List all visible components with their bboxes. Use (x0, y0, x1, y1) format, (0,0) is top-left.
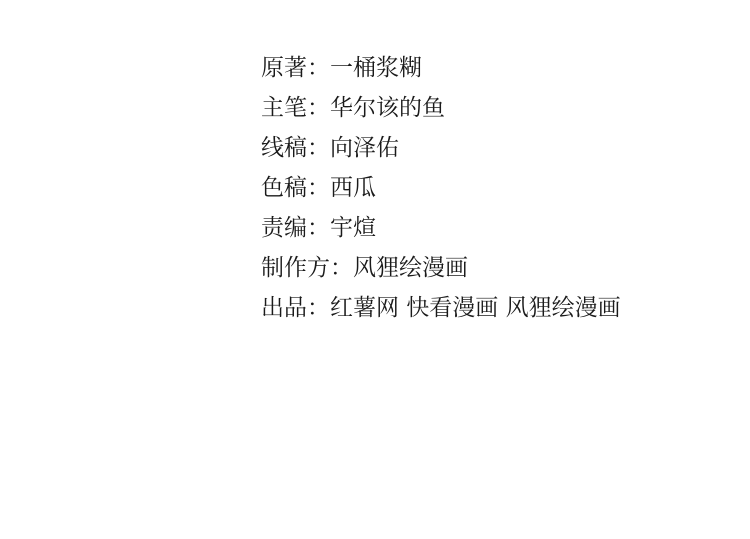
credits-list: 原著：一桶浆糊 主笔：华尔该的鱼 线稿：向泽佑 色稿：西瓜 责编：宇煊 制作方：… (261, 52, 621, 332)
credit-role: 线稿 (261, 135, 307, 161)
credit-name: 一桶浆糊 (330, 55, 422, 81)
credit-role: 制作方 (261, 255, 330, 281)
credit-original-author: 原著：一桶浆糊 (261, 52, 621, 92)
credit-separator: ： (307, 95, 330, 121)
credit-editor: 责编：宇煊 (261, 212, 621, 252)
credit-line-art: 线稿：向泽佑 (261, 132, 621, 172)
credit-separator: ： (307, 295, 330, 321)
credit-role: 原著 (261, 55, 307, 81)
credit-name: 华尔该的鱼 (330, 95, 445, 121)
credit-role: 责编 (261, 215, 307, 241)
credit-name: 宇煊 (330, 215, 376, 241)
credit-separator: ： (307, 175, 330, 201)
credit-role: 出品 (261, 295, 307, 321)
credit-name: 风狸绘漫画 (353, 255, 468, 281)
credit-separator: ： (307, 215, 330, 241)
credit-role: 色稿 (261, 175, 307, 201)
credit-role: 主笔 (261, 95, 307, 121)
credit-separator: ： (307, 135, 330, 161)
credit-name: 向泽佑 (330, 135, 399, 161)
credit-separator: ： (307, 55, 330, 81)
credit-producer: 制作方：风狸绘漫画 (261, 252, 621, 292)
credit-lead-artist: 主笔：华尔该的鱼 (261, 92, 621, 132)
credit-publisher: 出品：红薯网 快看漫画 风狸绘漫画 (261, 292, 621, 332)
credit-colorist: 色稿：西瓜 (261, 172, 621, 212)
credit-separator: ： (330, 255, 353, 281)
credit-name: 西瓜 (330, 175, 376, 201)
credit-name: 红薯网 快看漫画 风狸绘漫画 (330, 295, 621, 321)
